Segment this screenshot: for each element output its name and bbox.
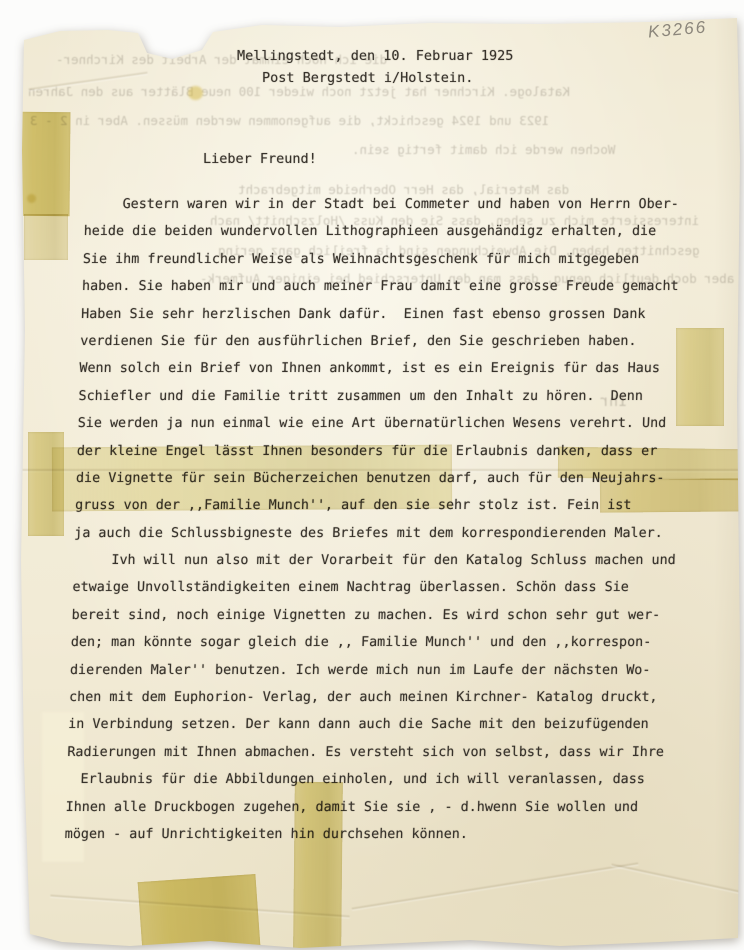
letter-line: den; man könnte sogar gleich die ,, Fami… [70, 629, 691, 656]
letter-line: mögen - auf Unrichtigkeiten hin durchseh… [64, 821, 685, 848]
fold-crease [352, 862, 639, 909]
tape-strip-right-band-lower [600, 478, 744, 512]
tape-strip-left-top-lower [24, 214, 68, 260]
letter-line: Ihnen alle Druckbogen zugehen, damit Sie… [65, 794, 686, 821]
letter-line: haben. Sie haben mir und auch meiner Fra… [82, 273, 703, 300]
letter-line: Sie ihm freundlicher Weise als Weihnacht… [82, 246, 703, 273]
tape-strip-center-band [52, 445, 452, 512]
letter-line: Wenn solch ein Brief von Ihnen ankommt, … [79, 355, 700, 382]
bleed-through-line: Wochen werde ich damit fertig sein. [352, 142, 615, 157]
letter-line: verdienen Sie für den ausführlichen Brie… [80, 328, 701, 355]
stain-mark [188, 86, 203, 100]
paper-shadow: die ich noch einmal der Arbeit des Kirch… [0, 0, 744, 950]
salutation: Lieber Freund! [203, 151, 317, 167]
letter-line: Schiefler und die Familie tritt zusammen… [78, 383, 699, 410]
letter-line: heide die beiden wundervollen Lithograph… [83, 218, 704, 245]
letter-line: ja auch die Schlussbigneste des Briefes … [74, 520, 695, 547]
letter-line: etwaige Unvollständigkeiten einem Nachtr… [72, 574, 693, 601]
pencil-annotation: K3266 [647, 17, 708, 42]
letter-line: Erlaubnis für die Abbildungen einholen, … [66, 766, 687, 793]
letter-line: Sie werden ja nun einmal wie eine Art üb… [77, 410, 698, 437]
scanned-letter-page: die ich noch einmal der Arbeit des Kirch… [0, 0, 744, 950]
tape-strip-bottom-left [138, 874, 261, 950]
address-line: Post Bergstedt i/Holstein. [262, 70, 473, 86]
bleed-through-line: 1923 und 1924 geschickt, die aufgenommen… [30, 113, 549, 128]
letter-line: Ivh will nun also mit der Vorarbeit für … [73, 547, 694, 574]
letter-line: chen mit dem Euphorion- Verlag, der auch… [69, 684, 690, 711]
tape-strip-left-top [20, 112, 71, 216]
letter-body: Gestern waren wir in der Stadt bei Comme… [64, 191, 705, 848]
tape-strip-right-vertical [676, 328, 724, 426]
letter-paper: die ich noch einmal der Arbeit des Kirch… [0, 0, 744, 950]
dateline: Mellingstedt, den 10. Februar 1925 [237, 48, 513, 64]
letter-line: bereit sind, noch einige Vignetten zu ma… [71, 602, 692, 629]
letter-line: in Verbindung setzen. Der kann dann auch… [68, 711, 689, 738]
tape-strip-right-band-upper [558, 447, 744, 481]
tape-strip-bottom-vertical [293, 782, 343, 950]
fold-crease [611, 863, 744, 894]
letter-line: dierenden Maler'' benutzen. Ich werde mi… [70, 657, 691, 684]
letter-line: Radierungen mit Ihnen abmachen. Es verst… [67, 739, 688, 766]
letter-line: Gestern waren wir in der Stadt bei Comme… [84, 191, 705, 218]
bleed-through-line: Kataloge. Kirchner hat jetzt noch wieder… [28, 84, 570, 99]
letter-line: Haben Sie sehr herzlischen Dank dafür. E… [81, 301, 702, 328]
